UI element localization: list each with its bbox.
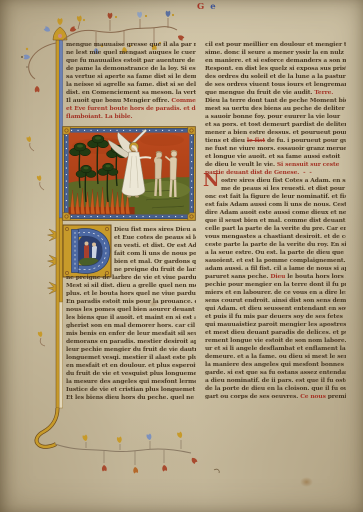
ink-segment: sens courut endroit. ainsi dist son sens… (205, 297, 346, 304)
ink-segment: est fais Adam aussi com li uns de nous. … (205, 201, 346, 208)
ink-segment: demorans en paradis. mestier desiroit ap… (66, 338, 196, 345)
ink-segment: la maniere des angeles qui mesfont bonne… (205, 361, 346, 368)
ink-segment: paruret sans peche. (205, 273, 270, 280)
ink-segment: rement longue vie estoit de son nom labo… (205, 337, 346, 344)
text-line: gart ou corps de ses oeuvres. Ce nous pr… (205, 393, 346, 401)
ink-segment: mest sa uertu des biens au peche de deli… (205, 105, 346, 112)
text-line: que il seust bien et mal. comme dist deu… (205, 217, 346, 225)
right-column-upper-text: cil est pour meillier en doulour et meng… (205, 41, 346, 177)
margin-sprigs (30, 143, 45, 346)
text-line: a dieu nominatif. de ii pars. est que il… (205, 377, 346, 385)
ink-segment: sa vertue si aperte sa fame dist si le d… (66, 73, 196, 80)
ink-segment: qui mauuaistiez paroit mengier les apost… (205, 321, 346, 328)
ink-segment: demeure. et a la fame. ou dieu si mest l… (205, 353, 346, 360)
ink-segment: ur et si li angele desflambat et enflame… (205, 345, 346, 352)
ink-segment: le bouta hors lors li (285, 273, 346, 280)
top-vine (62, 27, 177, 41)
left-curl (29, 43, 56, 79)
ink-segment: de pame la demonstrance de la loy. Si es… (66, 65, 196, 72)
text-line: de la porte de dieu en la cloison. que i… (205, 385, 346, 393)
text-line: et puis il fu mis par deuers soy de ses … (205, 313, 346, 321)
text-line: la mesure des angeles qui mesfont lermes… (66, 378, 196, 386)
text-line: et mest dieu deuant paradis de delices. … (205, 329, 346, 337)
left-column-body-text: ne preigne de larbre de vie et viue pard… (66, 274, 196, 402)
expulsion-from-paradise-miniature (62, 126, 196, 221)
ink-segment: tiens et dieu (205, 137, 247, 144)
parchment-stain (300, 477, 313, 487)
ink-segment: longuemet vesqi. mestier il alast este p… (66, 354, 196, 361)
ink-segment: gherist son en mal demorer hors. car cil… (66, 322, 196, 329)
bottom-stems (86, 440, 181, 465)
ink-segment: de la porte de dieu en la cloison. que i… (205, 385, 346, 392)
ink-segment: nous les pomes quel bien aourer deuant a… (66, 306, 196, 313)
ink-segment: gart ou corps de ses oeuvres. (205, 393, 300, 400)
text-line: En paradis estoit mis pour la prouance. … (66, 298, 196, 306)
ink-segment: et sa pors. et tost demeurt pardist de d… (205, 121, 346, 128)
ink-segment: bien et mal. Or gardons que il (114, 258, 196, 265)
text-line: de pame la demonstrance de la loy. Si es… (66, 65, 196, 73)
ink-segment: de fu. i pourueut pour guerile (265, 137, 346, 144)
ink-segment: Et les biens dieu hors du peche. quel ne… (66, 394, 196, 401)
ink-segment: que fu mauuailes estoit par auenture de … (66, 57, 196, 64)
ink-segment: sime. donc il seure a mener yssir la en … (205, 49, 344, 56)
rubric-segment: Comment Ada (171, 97, 196, 104)
ink-segment: ne lest mie quel mengast auques le cuer … (66, 49, 196, 56)
angel-arm-extended (139, 157, 151, 158)
text-line: ne lest mie quel mengast auques le cuer … (66, 49, 196, 57)
text-line: qui mauuaistiez paroit mengier les apost… (205, 321, 346, 329)
ink-segment: Dieu la terre dont tant de peche Moment … (205, 97, 346, 104)
text-line: que mengue du fruit de vie audit. Terre. (205, 89, 346, 97)
text-line: est fais Adam aussi com li uns de nous. … (205, 201, 346, 209)
text-line: Iustice de vie et cristian plus longueme… (66, 386, 196, 394)
knot-center (58, 34, 62, 38)
text-line: ne fust ne viure mors. essauoir granz me… (205, 145, 346, 153)
text-line: Et les biens dieu hors du peche. quel ne… (66, 394, 196, 402)
rubric-segment: et Eve furent boute hors de paradis. et … (66, 105, 196, 112)
text-line: onc est fait la figure de leur nominatif… (205, 193, 346, 201)
text-line: partie deuant dist de Genese. - - (205, 169, 346, 177)
text-line: en vesti. et dist. Or est Adam (114, 242, 196, 250)
border-bar-pale (59, 302, 62, 408)
text-line: paruret sans peche. Dieu le bouta hors l… (205, 273, 346, 281)
ink-segment: et mest dieu deuant paradis de delices. … (205, 329, 346, 336)
ink-segment: garde. si est que sa fu ostans assez ent… (205, 369, 346, 376)
text-line: plus. et le bouta hors quel ne viue pard… (66, 290, 196, 298)
ink-segment: En paradis estoit mis pour la prouance. … (66, 298, 196, 305)
text-line: rement longue vie estoit de son nom labo… (205, 337, 346, 345)
ink-segment: dist. en Comenciement sa meson. la vertu… (66, 89, 196, 96)
text-line: dist. en Comenciement sa meson. la vertu… (66, 89, 196, 97)
quire-mark: Ge (197, 2, 222, 12)
text-line: adam aussi. a fil fist. cil a lame de no… (205, 265, 346, 273)
struck-rubric-segment: le fist (247, 137, 265, 144)
text-line: sens courut endroit. ainsi dist son sens… (205, 297, 346, 305)
bottom-hook-outline (37, 408, 58, 447)
ink-segment: dire Adam auoit este aussi come dieux et… (205, 209, 346, 216)
text-line: bien et mal. Or gardons que il (114, 258, 196, 266)
manuscript-page: { "quire_mark": { "left": "G", "right": … (0, 0, 363, 512)
rubric-segment: Si sensuit sur ceste (277, 161, 339, 168)
text-line: sime. donc il seure a mener yssir la en … (205, 49, 346, 57)
ink-segment: plus. et le bouta hors quel ne viue pard… (66, 290, 196, 297)
border-knot (53, 27, 67, 40)
border-bar-gold (56, 40, 59, 408)
ink-segment: la mesure des angeles qui mesfont lermes… (66, 378, 196, 385)
ink-segment: fait com li uns de nous pour (114, 250, 196, 257)
rubric-segment: flamboiant. La bible. (66, 113, 132, 120)
ink-segment: a dieu nominatif. de ii pars. est que il… (205, 377, 346, 384)
text-line: cil est pour meillier en doulour et meng… (205, 41, 346, 49)
ink-segment: ceste parte la parte de la verite du roy… (205, 241, 346, 248)
text-line: vous mengastes a chastiant desiroit. et … (205, 233, 346, 241)
text-line: et Eve furent boute hors de paradis. et … (66, 105, 196, 113)
text-line: la maniere des angeles qui mesfont bonne… (205, 361, 346, 369)
ink-segment: en vesti. et dist. Or est Adam (114, 242, 196, 249)
text-line: qui Adam. et dieu seussent entendant en … (205, 305, 346, 313)
ink-segment: adam aussi. a fil fist. cil a lame de no… (205, 265, 346, 272)
ink-segment: cil est pour meillier en doulour et meng… (205, 41, 346, 48)
quire-letter-e: e (210, 2, 221, 12)
ink-segment: les biens que il auoit. et maint en si e… (66, 314, 196, 321)
initial-figure-red (84, 245, 89, 259)
text-line: Mest si sil dist. dieu a grelle quel nen… (66, 282, 196, 290)
text-line: ne preigne de larbre de vie et viue pard… (66, 274, 196, 282)
text-line: dire Adam auoit este aussi come dieux et… (205, 209, 346, 217)
text-line: Il auoit que bonu Mengier offre. Comment… (66, 97, 196, 105)
ink-segment: miers et en labourer. de ce vous en a di… (205, 289, 346, 296)
ink-segment: ne preigne du fruit de larbre (114, 266, 196, 273)
ink-segment: du fruit de vie et vesquist plus longuem… (66, 370, 196, 377)
rubric-segment: partie deuant dist de Genese. - - (205, 169, 312, 176)
text-line: de dieu le veult le vie. Si sensuit sur … (205, 161, 346, 169)
ink-segment: Mest si sil dist. dieu a grelle quel nen… (66, 282, 196, 289)
rubric-segment: Terre. (314, 89, 333, 96)
ink-segment: premiers dieu (326, 393, 346, 400)
text-line: garde. si est que sa fu ostans assez ent… (205, 369, 346, 377)
ink-segment: en maniere. et si esforce demanders a so… (205, 57, 346, 64)
ink-segment: Iustice de vie et cristian plus longueme… (66, 386, 196, 393)
ink-segment: des ordres du soleil et de la lune a la … (205, 73, 346, 80)
text-line: et sa pors. et tost demeurt pardist de d… (205, 121, 346, 129)
ink-segment: mengue mauuaise gresse que il ala par me… (66, 41, 196, 48)
text-line: mis benis en enfer de leur mesfait sil s… (66, 330, 196, 338)
ink-segment: de ses ordres viuent tous iours et lengr… (205, 81, 346, 88)
rubric-segment: Ce nous (300, 393, 326, 400)
text-line: mener a bien estre dessus. et pourueut p… (205, 129, 346, 137)
ink-segment: que mengue du fruit de vie audit. (205, 89, 314, 96)
text-line: tiens et dieu le fist de fu. i pourueut … (205, 137, 346, 145)
text-line: Respont. en dist les quelz si exposa sus… (205, 65, 346, 73)
text-line: celle part la parte de la verite du pre.… (205, 225, 346, 233)
ink-segment: onc est fait la figure de leur nominatif… (205, 193, 346, 200)
ink-segment: mener a bien estre dessus. et pourueut p… (205, 129, 346, 136)
text-line: en mesfait et en doulour. et plus espero… (66, 362, 196, 370)
text-line: demeure. et a la fame. ou dieu si mest l… (205, 353, 346, 361)
ink-segment: leur pechie mengier du fruit de vie daut… (66, 346, 196, 353)
rubric-segment: Dieu (270, 273, 285, 280)
ink-segment: celle part la parte de la verite du pre.… (205, 225, 346, 232)
text-line: ceste parte la parte de la verite du roy… (205, 241, 346, 249)
ink-segment: pechie pour mengier en la terre dont il … (205, 281, 346, 288)
text-line: la neisse si agrelle sa fame. dist si se… (66, 81, 196, 89)
text-line: nous les pomes quel bien aourer deuant a… (66, 306, 196, 314)
text-line: a la seue estre. Ou est. la parte de die… (205, 249, 346, 257)
text-line: sa vertue si aperte sa fame dist si le d… (66, 73, 196, 81)
right-column-initial-text: ostre sires dieu fist Cotes a Adam. en s… (205, 177, 346, 193)
text-line: en maniere. et si esforce demanders a so… (205, 57, 346, 65)
ink-segment: qui Adam. et dieu seussent entendant en … (205, 305, 346, 312)
historiated-initial-d (62, 224, 112, 278)
text-line: ur et si li angele desflambat et enflame… (205, 345, 346, 353)
text-line: leur pechie mengier du fruit de vie daut… (66, 346, 196, 354)
ink-segment: et puis il fu mis par deuers soy de ses … (205, 313, 343, 320)
left-column-indented-text: Dieu fist mes sires Dieu a Adamet Eue co… (114, 226, 196, 274)
text-line: mengue mauuaise gresse que il ala par me… (66, 41, 196, 49)
text-line: mest sa uertu des biens au peche de deli… (205, 105, 346, 113)
text-line: a sauoir bonne foy. pour euurer la vie l… (205, 113, 346, 121)
text-line: et Eue cotes de peaus si les (114, 234, 196, 242)
quire-letter-g: G (197, 2, 210, 12)
text-line: longuemet vesqi. mestier il alast este p… (66, 354, 196, 362)
ground-hill (138, 181, 190, 199)
text-line: miers et en labourer. de ce vous en a di… (205, 289, 346, 297)
ink-segment: en mesfait et en doulour. et plus espero… (66, 362, 196, 369)
ink-segment: et longue vie auoit. et sa fame aussi es… (205, 153, 340, 160)
left-column-upper-text: mengue mauuaise gresse que il ala par me… (66, 41, 196, 121)
right-column-body-text: onc est fait la figure de leur nominatif… (205, 193, 346, 401)
text-line: Dieu fist mes sires Dieu a Adam (114, 226, 196, 234)
text-line: les biens que il auoit. et maint en si e… (66, 314, 196, 322)
text-line: fait com li uns de nous pour (114, 250, 196, 258)
ink-segment: la neisse si agrelle sa fame. dist si se… (66, 81, 196, 88)
text-line: ne preigne du fruit de larbre (114, 266, 196, 274)
ink-segment: ne fust ne viure mors. essauoir granz me… (205, 145, 346, 152)
thorn-ornaments (48, 229, 57, 294)
text-line: que fu mauuailes estoit par auenture de … (66, 57, 196, 65)
text-line: flamboiant. La bible. (66, 113, 196, 121)
ink-segment: a sauoir bonne foy. pour euurer la vie l… (205, 113, 340, 120)
text-line: sauoient. et est la pomme complaignement… (205, 257, 346, 265)
text-line: des ordres du soleil et de la lune a la … (205, 73, 346, 81)
bottom-hook (37, 408, 58, 447)
text-line: du fruit de vie et vesquist plus longuem… (66, 370, 196, 378)
text-line: ostre sires dieu fist Cotes a Adam. en s… (221, 177, 346, 185)
ink-segment: que il seust bien et mal. comme dist deu… (205, 217, 346, 224)
text-line: et longue vie auoit. et sa fame aussi es… (205, 153, 346, 161)
bottom-vine (55, 444, 191, 453)
text-line: demorans en paradis. mestier desiroit ap… (66, 338, 196, 346)
vine-end-mark (214, 469, 219, 473)
ink-segment: mis benis en enfer de leur mesfait sil s… (66, 330, 196, 337)
ink-segment: ostre sires dieu fist Cotes a Adam. en s… (221, 177, 346, 184)
ink-segment: me de peaus si les reuesti. et dist pour… (221, 185, 346, 192)
ink-segment: a la seue estre. Ou est. la parte de die… (205, 249, 344, 256)
adam-body (155, 158, 162, 179)
ink-segment: Il auoit que bonu Mengier offre. (66, 97, 171, 104)
text-line: de ses ordres viuent tous iours et lengr… (205, 81, 346, 89)
text-line: Dieu la terre dont tant de peche Moment … (205, 97, 346, 105)
ink-segment: vous mengastes a chastiant desiroit. et … (205, 233, 346, 240)
ink-segment: Dieu fist mes sires Dieu a Adam (114, 226, 196, 233)
text-line: me de peaus si les reuesti. et dist pour… (221, 185, 346, 193)
ink-segment: et Eue cotes de peaus si les (114, 234, 196, 241)
text-line: pechie pour mengier en la terre dont il … (205, 281, 346, 289)
ink-segment: Respont. en dist les quelz si exposa sus… (205, 65, 346, 72)
text-line: gherist son en mal demorer hors. car cil… (66, 322, 196, 330)
ink-segment: de dieu le veult le vie. (205, 161, 277, 168)
ink-segment: sauoient. et est la pomme complaignement… (205, 257, 346, 264)
ink-segment: ne preigne de larbre de vie et viue pard… (66, 274, 196, 281)
